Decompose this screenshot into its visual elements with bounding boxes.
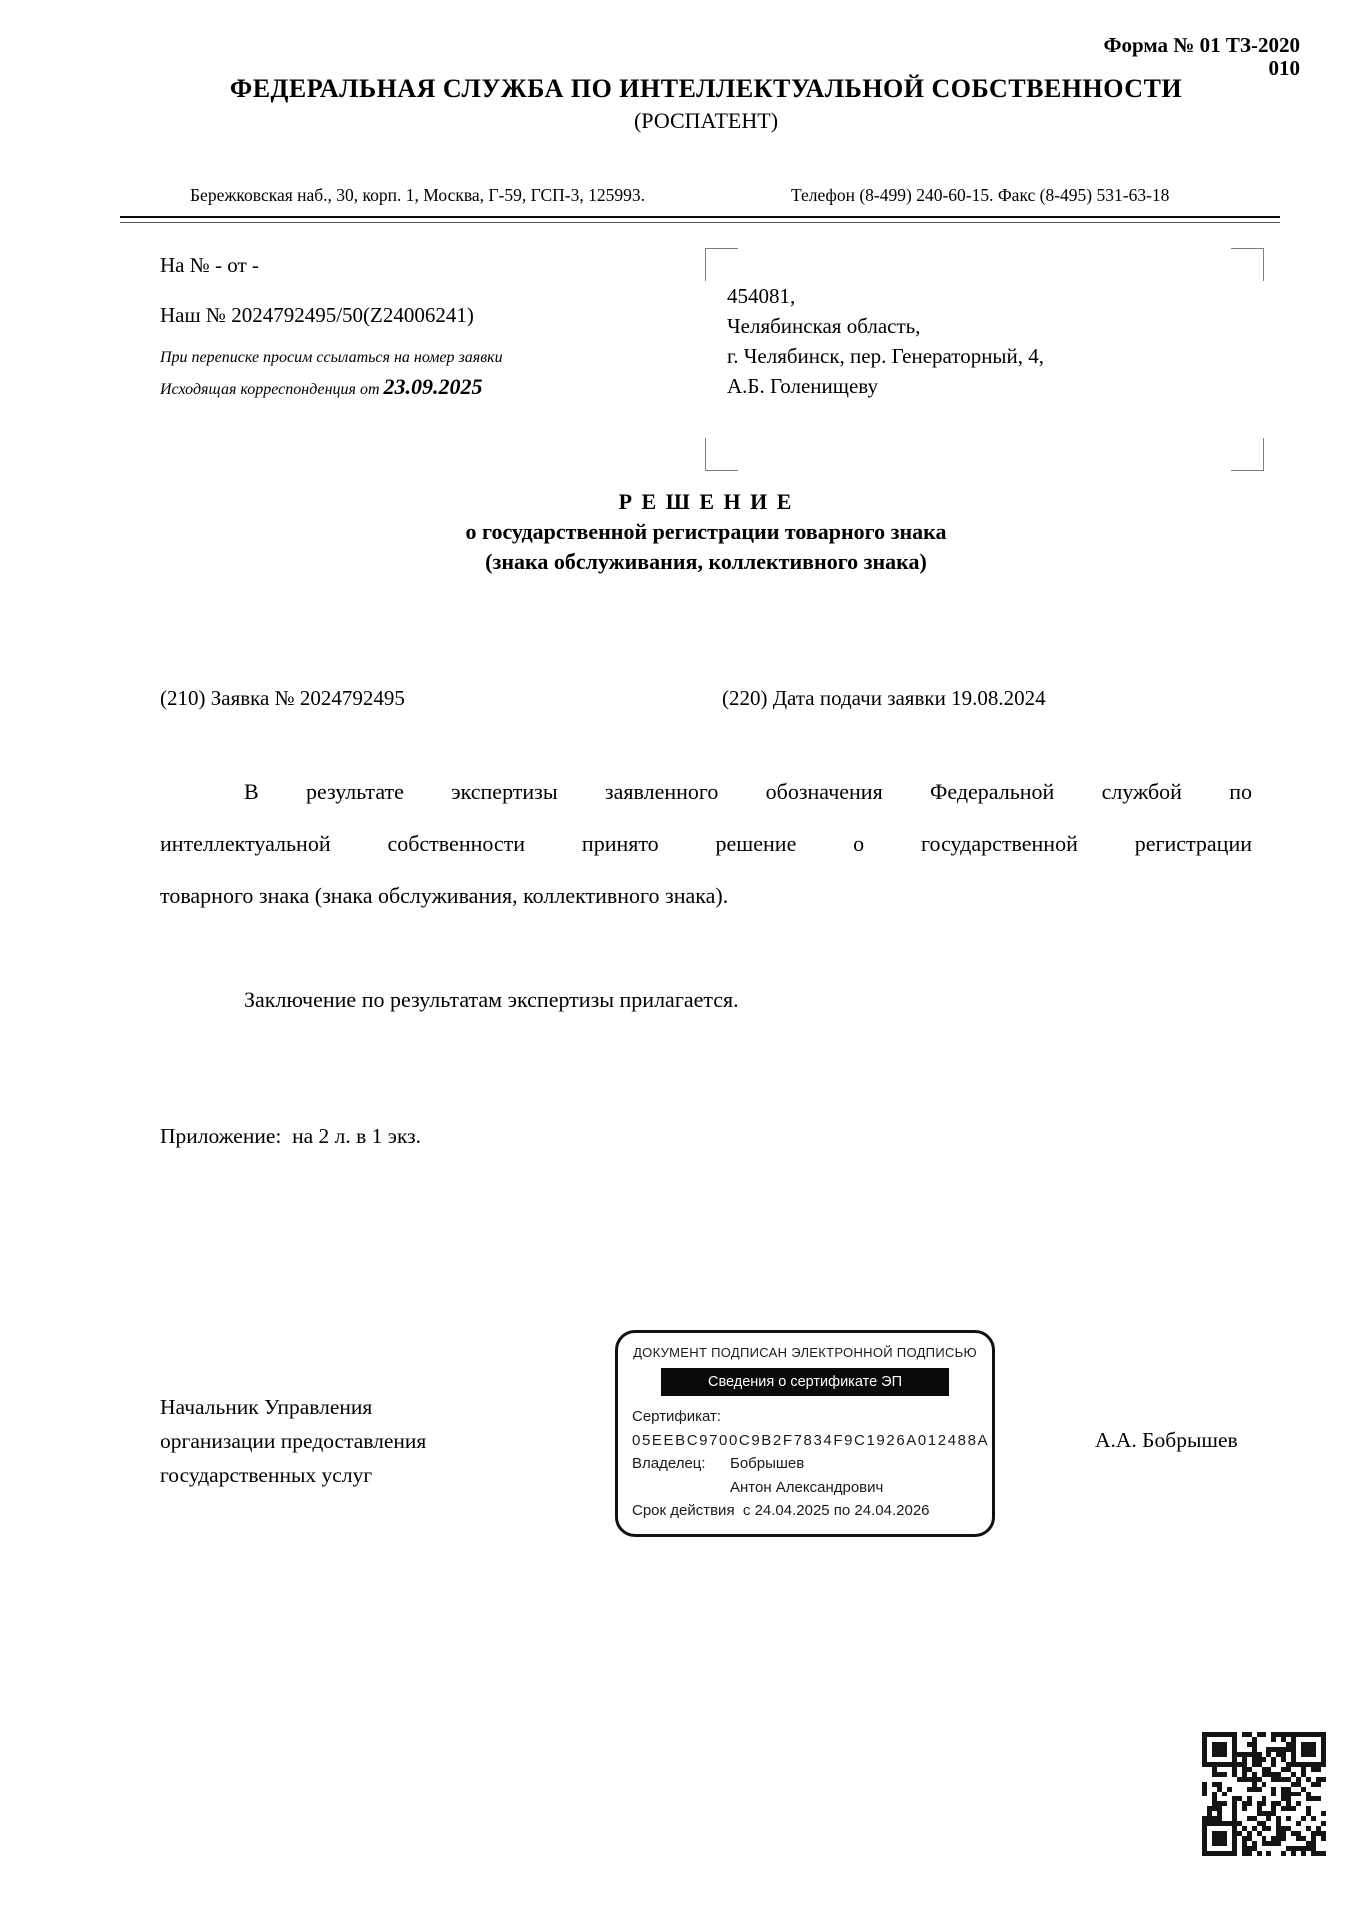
body-paragraph-line: товарного знака (знака обслуживания, кол… bbox=[160, 870, 1252, 922]
corner-mark-bottom-left bbox=[705, 438, 738, 471]
decision-title-subject: о государственной регистрации товарного … bbox=[160, 517, 1252, 547]
stamp-certificate-button: Сведения о сертификате ЭП bbox=[661, 1368, 949, 1396]
decision-title-word: Р Е Ш Е Н И Е bbox=[160, 487, 1252, 517]
ref-outgoing-date: 23.09.2025 bbox=[384, 374, 483, 399]
agency-name: ФЕДЕРАЛЬНАЯ СЛУЖБА ПО ИНТЕЛЛЕКТУАЛЬНОЙ С… bbox=[160, 74, 1252, 104]
corner-mark-top-right bbox=[1231, 248, 1264, 281]
stamp-owner-row: Владелец: Бобрышев bbox=[632, 1452, 978, 1476]
recipient-line: А.Б. Голенищеву bbox=[727, 371, 1247, 401]
body-paragraph-line: В результате экспертизы заявленного обоз… bbox=[160, 766, 1252, 818]
recipient-line: 454081, bbox=[727, 281, 1247, 311]
document-page: Форма № 01 ТЗ-2020 010 ФЕДЕРАЛЬНАЯ СЛУЖБ… bbox=[0, 0, 1358, 1920]
signer-name: А.А. Бобрышев bbox=[1095, 1428, 1238, 1453]
body-paragraph-line: интеллектуальной собственности принято р… bbox=[160, 818, 1252, 870]
stamp-owner-label: Владелец: bbox=[632, 1452, 730, 1476]
form-number: Форма № 01 ТЗ-2020 bbox=[1104, 34, 1301, 57]
agency-short-name: (РОСПАТЕНТ) bbox=[160, 108, 1252, 134]
body-paragraph-decision: В результате экспертизы заявленного обоз… bbox=[160, 766, 1252, 922]
body-paragraph-conclusion: Заключение по результатам экспертизы при… bbox=[160, 974, 1252, 1026]
recipient-line: г. Челябинск, пер. Генераторный, 4, bbox=[727, 341, 1247, 371]
stamp-title: ДОКУМЕНТ ПОДПИСАН ЭЛЕКТРОННОЙ ПОДПИСЬЮ bbox=[632, 1345, 978, 1360]
stamp-cert-value: 05EEBC9700C9B2F7834F9C1926A012488A bbox=[632, 1429, 978, 1453]
electronic-signature-stamp: ДОКУМЕНТ ПОДПИСАН ЭЛЕКТРОННОЙ ПОДПИСЬЮ С… bbox=[615, 1330, 995, 1537]
stamp-cert-label: Сертификат: bbox=[632, 1405, 978, 1429]
ref-incoming: На № - от - bbox=[160, 253, 259, 278]
corner-mark-bottom-right bbox=[1231, 438, 1264, 471]
ref-outgoing: Исходящая корреспонденция от 23.09.2025 bbox=[160, 374, 483, 400]
signer-position: Начальник Управления организации предост… bbox=[160, 1390, 580, 1492]
agency-address: Бережковская наб., 30, корп. 1, Москва, … bbox=[190, 185, 645, 206]
attachment-note: Приложение: на 2 л. в 1 экз. bbox=[160, 1124, 421, 1149]
decision-title-clarification: (знака обслуживания, коллективного знака… bbox=[160, 547, 1252, 577]
ref-outgoing-label: Исходящая корреспонденция от bbox=[160, 381, 380, 398]
stamp-owner-given-name: Антон Александрович bbox=[730, 1476, 883, 1500]
qr-code bbox=[1202, 1732, 1326, 1856]
signer-position-line: организации предоставления bbox=[160, 1424, 580, 1458]
signer-position-line: Начальник Управления bbox=[160, 1390, 580, 1424]
stamp-owner-surname: Бобрышев bbox=[730, 1452, 804, 1476]
field-application-number: (210) Заявка № 2024792495 bbox=[160, 686, 405, 711]
stamp-owner-row: Антон Александрович bbox=[632, 1476, 978, 1500]
decision-title: Р Е Ш Е Н И Е о государственной регистра… bbox=[160, 487, 1252, 577]
agency-phone: Телефон (8-499) 240-60-15. Факс (8-495) … bbox=[791, 185, 1169, 206]
recipient-address: 454081, Челябинская область, г. Челябинс… bbox=[727, 281, 1247, 401]
corner-mark-top-left bbox=[705, 248, 738, 281]
signer-position-line: государственных услуг bbox=[160, 1458, 580, 1492]
stamp-validity: Срок действия с 24.04.2025 по 24.04.2026 bbox=[632, 1499, 978, 1523]
recipient-line: Челябинская область, bbox=[727, 311, 1247, 341]
ref-note: При переписке просим ссылаться на номер … bbox=[160, 349, 503, 367]
field-filing-date: (220) Дата подачи заявки 19.08.2024 bbox=[722, 686, 1046, 711]
ref-our-number: Наш № 2024792495/50(Z24006241) bbox=[160, 303, 474, 328]
header-divider bbox=[120, 216, 1280, 223]
